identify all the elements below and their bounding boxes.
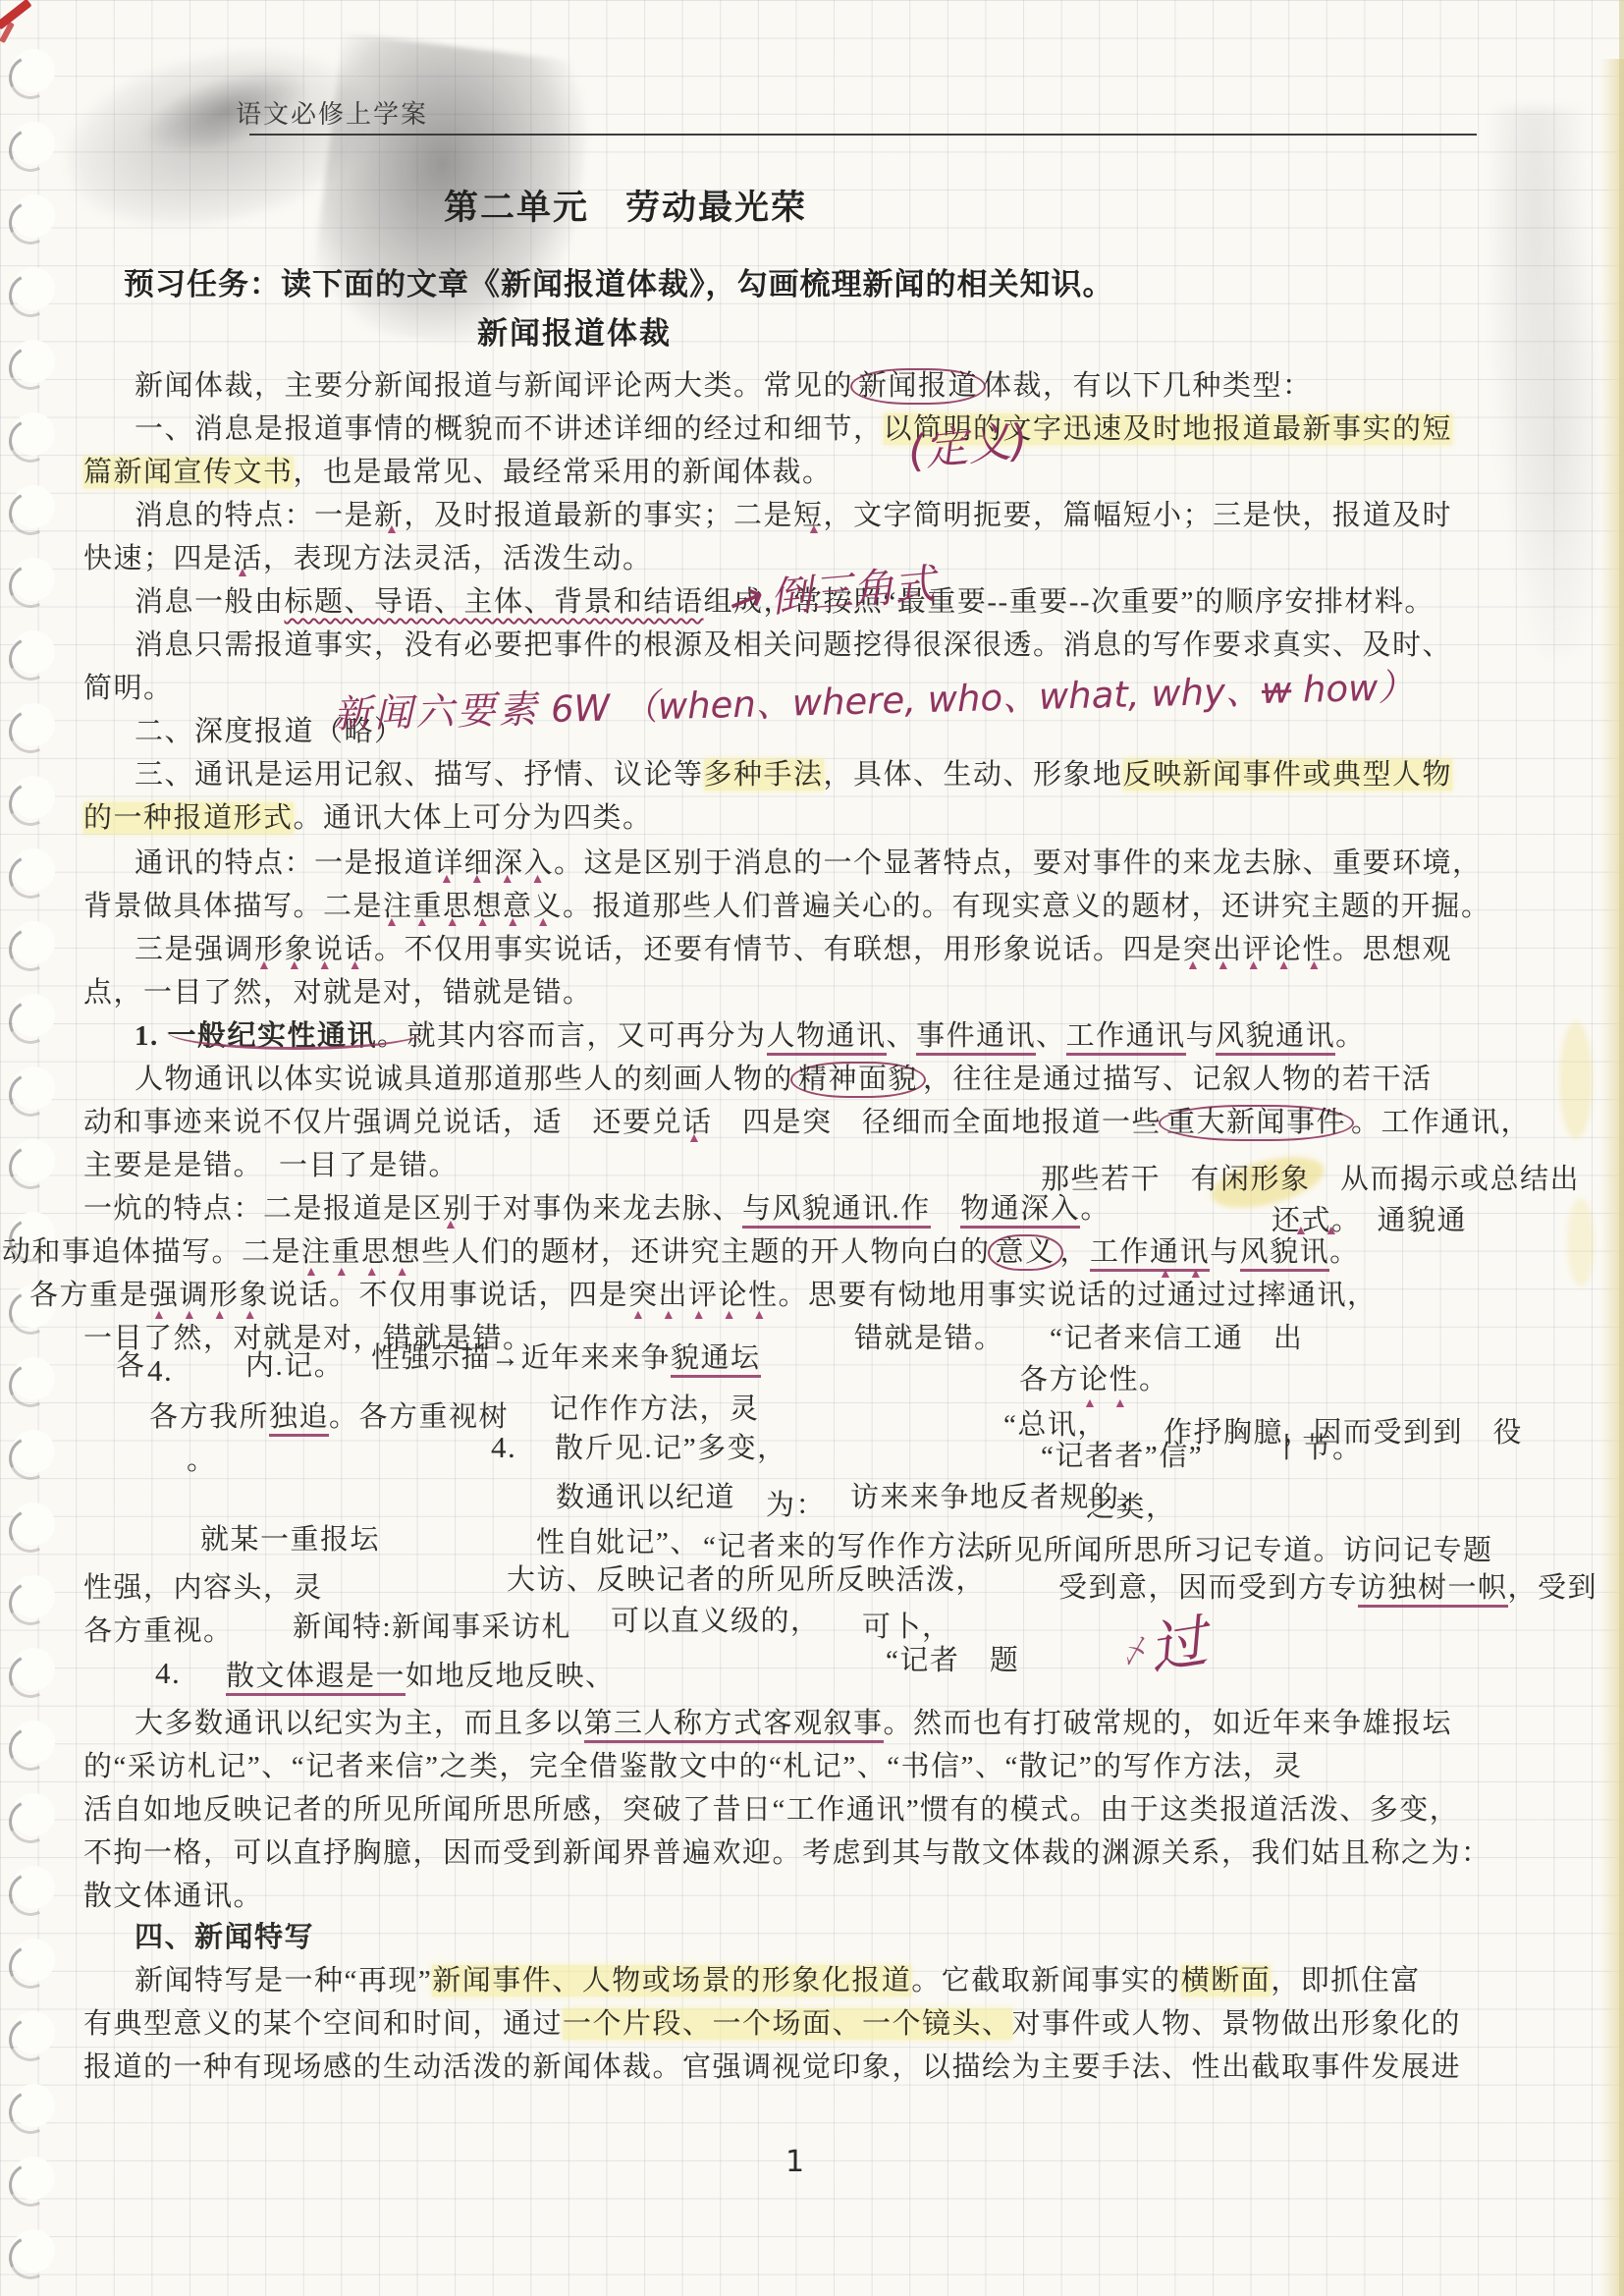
pen-triangle-mark: ▲▲▲▲	[152, 1308, 273, 1324]
binder-hole	[12, 1648, 55, 1691]
text-segment: 那些若干 有闲形象 从而揭示或总结出	[1041, 1164, 1580, 1195]
text-line: 各方论性。	[1019, 1357, 1169, 1397]
binder-hole	[12, 1139, 55, 1182]
pen-triangle-mark: ▲▲▲▲	[257, 958, 378, 974]
handwritten-definition: (定义)	[904, 405, 1030, 479]
text-line: 受到意，因而受到方专访独树一帜，受到	[1058, 1565, 1597, 1606]
scanned-worksheet-page: 语文必修上学案 第二单元 劳动最光荣 预习任务：读下面的文章《新闻报道体裁》，勾…	[0, 0, 1624, 2296]
text-line: 之类，	[1086, 1485, 1176, 1525]
text-segment: 数通讯以纪道	[556, 1482, 735, 1513]
text-segment: 。工作通讯，	[1351, 1107, 1531, 1138]
text-segment: 与	[1210, 1236, 1240, 1268]
text-line: 数通讯以纪道	[556, 1475, 735, 1515]
highlighted-text: 篇新闻宣传文书	[83, 457, 294, 488]
text-line: 新闻体裁，主要分新闻报道与新闻评论两大类。常见的新闻报道体裁，有以下几种类型：	[135, 363, 1313, 404]
pen-circled-text: 精神面貌	[790, 1062, 926, 1098]
text-segment: 错就是错。 “记者来信工通 出	[854, 1323, 1303, 1354]
six-elements-suffix: how）	[1291, 666, 1415, 711]
binder-hole	[12, 994, 55, 1037]
pen-underlined-text: 访独树一帜	[1358, 1572, 1508, 1608]
pen-circled-text: 意义	[988, 1234, 1063, 1271]
text-line: 一炕的特点：二是报道是区别于对事伪来龙去脉、与风貌通讯.作 物通深入。	[83, 1186, 1110, 1227]
booklet-title: 语文必修上学案	[236, 94, 428, 131]
binder-hole	[12, 2157, 55, 2200]
text-segment: 通讯的特点：一是报道详细深入。这是区别于消息的一个显著特点，要对事件的来龙去脉、…	[135, 847, 1483, 879]
text-line: “记者者”信”	[1041, 1434, 1203, 1474]
text-segment: 快速；四是活，表现方法灵活，活泼生动。	[83, 543, 653, 574]
text-line: 4.	[491, 1430, 516, 1465]
pen-triangle-mark: ▲	[444, 1218, 474, 1233]
text-line: 各方重视。	[83, 1609, 234, 1649]
text-line: 活自如地反映记者的所见所闻所思所感，突破了昔日“工作通讯”惯有的模式。由于这类报…	[83, 1787, 1459, 1828]
highlighted-text: 的一种报道形式	[83, 802, 294, 834]
text-segment: ，	[1060, 1236, 1091, 1268]
text-line: 不拘一格，可以直抒胸臆，因而受到新闻界普遍欢迎。考虑到其与散文体裁的渊源关系，我…	[83, 1831, 1491, 1871]
text-segment: 之类，	[1086, 1492, 1176, 1523]
text-segment: ，往往是通过描写、记叙人物的若干活	[923, 1064, 1433, 1095]
text-segment: 体裁，有以下几种类型：	[983, 370, 1313, 402]
text-segment: 各方我所	[149, 1401, 269, 1433]
text-segment: 有典型意义的某个空间和时间，通过	[83, 2008, 563, 2040]
text-line: 一、消息是报道事情的概貌而不讲述详细的经过和细节，以简明的文字迅速及时地报道最新…	[135, 407, 1452, 447]
pen-triangle-mark: ▲▲	[1083, 1396, 1144, 1412]
text-segment: 、	[1036, 1020, 1066, 1052]
text-line: 新闻特写是一种“再现”新闻事件、人物或场景的形象化报道。它截取新闻事实的横断面，…	[135, 1958, 1421, 1998]
header-rule	[249, 134, 1477, 136]
text-line: 大访、反映记者的所见所反映活泼，	[507, 1558, 986, 1598]
binder-hole	[12, 194, 55, 238]
pen-underlined-text: 人物通讯	[767, 1020, 887, 1056]
text-segment: ，受到	[1508, 1572, 1598, 1604]
highlighted-text: 新闻事件、人物或场景的形象化报道	[432, 1965, 911, 1996]
pen-triangle-mark: ▲	[385, 522, 415, 538]
text-segment: 不拘一格，可以直抒胸臆，因而受到新闻界普遍欢迎。考虑到其与散文体裁的渊源关系，我…	[83, 1837, 1491, 1869]
text-line: 背景做具体描写。二是注重思想意义。报道那些人们普遍关心的。有现实意义的题材，还讲…	[83, 884, 1491, 924]
text-line: 。	[187, 1438, 217, 1478]
text-segment: 。通讯大体上可分为四类。	[294, 802, 653, 834]
pen-triangle-mark: ▲▲▲▲▲	[1186, 958, 1337, 974]
text-segment: 内.记。	[245, 1350, 344, 1382]
page-number: 1	[785, 2145, 804, 2179]
text-line: 各	[116, 1343, 146, 1384]
binder-hole	[12, 485, 55, 528]
binder-hole	[12, 2229, 55, 2272]
text-segment: 一、消息是报道事情的概貌而不讲述详细的经过和细节，	[135, 413, 884, 445]
binder-hole	[12, 1866, 55, 1909]
text-segment: 。	[187, 1445, 217, 1476]
text-segment: 散文体通讯。	[83, 1881, 263, 1912]
text-line: 那些若干 有闲形象 从而揭示或总结出	[1041, 1157, 1580, 1197]
text-segment: 点，一目了然，对就是对，错就是错。	[83, 977, 593, 1009]
binder-hole	[12, 2084, 55, 2127]
binder-hole	[12, 558, 55, 601]
text-segment: 、	[887, 1020, 917, 1052]
highlighter-margin-blob	[1559, 1021, 1593, 1139]
text-segment: 简明。	[83, 673, 174, 704]
text-segment: 各方论性。	[1019, 1364, 1169, 1395]
text-line: 性强示描→近年来来争貌通坛	[371, 1336, 761, 1376]
pen-underlined-text: 风貌通讯	[1216, 1020, 1335, 1056]
text-line: 4.	[147, 1353, 173, 1389]
text-segment: 与	[1186, 1020, 1217, 1052]
pen-triangle-mark: ▲▲	[1159, 1267, 1219, 1283]
text-segment: 记作作方法，灵	[550, 1394, 760, 1425]
binder-hole	[12, 49, 55, 92]
text-segment: 如地反地反映、	[406, 1661, 616, 1692]
highlighted-text: 反映新闻事件或典型人物	[1123, 759, 1453, 791]
text-line: 内.记。	[245, 1343, 344, 1384]
text-segment: 一炕的特点：二是报道是区别于对事伪来龙去脉、	[83, 1193, 742, 1225]
text-line: 错就是错。 “记者来信工通 出	[854, 1316, 1303, 1356]
text-line: 性自妣记”、	[536, 1520, 700, 1560]
text-line: 所见所闻所思所习记专道。访问记专题	[984, 1528, 1493, 1568]
binder-hole	[12, 703, 55, 746]
text-segment: 。	[1335, 1020, 1366, 1052]
text-segment: “记者者”信”	[1041, 1441, 1203, 1472]
binder-hole	[12, 340, 55, 383]
text-line: 记作作方法，灵	[550, 1387, 760, 1427]
text-segment: 对事件或人物、景物做出形象化的	[1012, 2008, 1462, 2040]
binder-hole	[12, 1503, 55, 1546]
text-line: 各方我所独追。各方重视树	[149, 1394, 509, 1435]
pen-underlined-text: 工作通讯	[1066, 1020, 1186, 1056]
binder-hole	[12, 267, 55, 310]
text-segment: 受到意，因而受到方专	[1058, 1572, 1358, 1604]
text-segment: 新闻特:新闻事采访札	[293, 1612, 571, 1643]
text-line: 散斤见.记”多变，	[555, 1426, 787, 1466]
text-line: 快速；四是活，表现方法灵活，活泼生动。	[83, 536, 653, 576]
binder-hole	[12, 921, 55, 964]
pen-triangle-mark: ▲	[236, 566, 266, 581]
text-segment: “记者 题	[886, 1645, 1019, 1676]
pen-circled-text: 新闻报道	[850, 368, 986, 405]
text-line: 可以直义级的，	[611, 1599, 821, 1639]
text-segment: 动和事追体描写。二是注重思想些人们的题材，还讲究主题的开人物向白的	[2, 1236, 991, 1268]
text-line: 大多数通讯以纪实为主，而且多以第三人称方式客观叙事。然而也有打破常规的，如近年来…	[135, 1701, 1452, 1741]
text-line: 的“采访札记”、“记者来信”之类，完全借鉴散文中的“札记”、“书信”、“散记”的…	[83, 1744, 1303, 1784]
text-segment: 性强，内容头，灵	[83, 1572, 323, 1604]
six-elements-strikeout: w	[1261, 669, 1291, 712]
text-line: 有典型意义的某个空间和时间，通过一个片段、一个场面、一个镜头、对事件或人物、景物…	[83, 2001, 1461, 2042]
pen-triangle-mark: ▲	[687, 1131, 718, 1147]
text-segment: ，也是最常见、最经常采用的新闻体裁。	[294, 457, 833, 488]
binder-hole	[12, 2011, 55, 2054]
six-elements-body: 6W （when、where, who、what, why、	[539, 670, 1263, 731]
text-segment: 散斤见.记”多变，	[555, 1433, 787, 1464]
pen-underlined-text: 貌通坛	[671, 1342, 761, 1378]
text-segment: 丨节。	[1272, 1433, 1363, 1464]
text-segment: 可以直义级的，	[611, 1606, 821, 1637]
highlighted-text: 一个片段、一个场面、一个镜头、	[563, 2008, 1012, 2040]
binder-hole	[12, 1721, 55, 1764]
binder-hole	[12, 1430, 55, 1473]
text-segment	[931, 1193, 961, 1225]
text-line: 的一种报道形式。通讯大体上可分为四类。	[83, 795, 653, 836]
text-segment: 新闻特写是一种“再现”	[135, 1965, 432, 1996]
text-segment: 各方重是强调形象说话。不仅用事说话，四是突出评论性。思要有恸地用事实说话的过通过…	[29, 1280, 1378, 1311]
pen-triangle-mark: ▲▲▲▲	[304, 1265, 425, 1281]
text-line: 点，一目了然，对就是对，错就是错。	[83, 970, 593, 1011]
red-corner-mark	[0, 0, 32, 29]
binder-hole	[12, 1939, 55, 1982]
text-segment: 报道的一种有现场感的生动活泼的新闻体裁。官强调视觉印象，以描绘为主要手法、性出截…	[83, 2051, 1461, 2083]
text-segment: 大多数通讯以纪实为主，而且多以	[135, 1708, 584, 1739]
text-line: 4.	[155, 1656, 181, 1691]
six-elements-prefix: 新闻六要素	[333, 687, 540, 737]
pen-circled-text: 重大新闻事件	[1159, 1105, 1354, 1141]
binder-hole	[12, 848, 55, 892]
text-segment: 动和事迹来说不仅片强调兑说话，适 还要兑话 四是突 径细而全面地报道一些	[83, 1107, 1162, 1138]
text-segment: 大访、反映记者的所见所反映活泼，	[507, 1564, 986, 1596]
text-segment: 主要是是错。 一目了是错。	[83, 1150, 459, 1181]
binder-hole	[12, 1357, 55, 1400]
text-segment: 的“采访札记”、“记者来信”之类，完全借鉴散文中的“札记”、“书信”、“散记”的…	[83, 1751, 1303, 1782]
text-line: “记者 题	[886, 1638, 1019, 1678]
highlighter-margin-blob	[1567, 1198, 1595, 1286]
binder-hole	[12, 776, 55, 819]
unit-title: 第二单元 劳动最光荣	[444, 181, 807, 230]
text-segment: 。各方重视树	[329, 1401, 509, 1433]
text-line: 篇新闻宣传文书，也是最常见、最经常采用的新闻体裁。	[83, 450, 833, 490]
text-segment: 4.	[147, 1353, 173, 1388]
pen-underlined-text: 标题、导语、主体、背景和结语	[285, 586, 704, 618]
binder-hole	[12, 1575, 55, 1618]
pen-underlined-text: 独追	[269, 1401, 329, 1437]
binder-hole	[12, 1066, 55, 1110]
text-segment: 。	[1329, 1236, 1360, 1268]
pencil-smudge	[51, 26, 384, 252]
text-line: 四、新闻特写	[135, 1915, 314, 1955]
text-line: 报道的一种有现场感的生动活泼的新闻体裁。官强调视觉印象，以描绘为主要手法、性出截…	[83, 2045, 1461, 2085]
text-line: 就某一重报坛	[200, 1517, 380, 1558]
text-line: 性强，内容头，灵	[83, 1565, 323, 1606]
text-line: 通讯的特点：一是报道详细深入。这是区别于消息的一个显著特点，要对事件的来龙去脉、…	[135, 841, 1483, 881]
text-segment: 人物通讯以体实说诚具道那道那些人的刻画人物的	[135, 1064, 793, 1095]
binder-hole	[12, 630, 55, 674]
text-segment: ，即抓住富	[1271, 1965, 1421, 1996]
binder-hole	[12, 1793, 55, 1836]
text-segment: 。然而也有打破常规的，如近年来争雄报坛	[884, 1708, 1453, 1739]
page-edge-line	[1619, 0, 1624, 2296]
handwritten-six-elements: 新闻六要素 6W （when、where, who、what, why、w ho…	[285, 614, 1416, 783]
text-line: 新闻特:新闻事采访札	[293, 1605, 571, 1645]
text-segment: 。	[1080, 1193, 1110, 1225]
text-line: 为：	[766, 1483, 826, 1523]
text-line: 人物通讯以体实说诚具道那道那些人的刻画人物的精神面貌，往往是通过描写、记叙人物的…	[135, 1057, 1433, 1097]
text-line: 主要是是错。 一目了是错。	[83, 1143, 459, 1183]
text-line: 简明。	[83, 666, 174, 706]
text-line: 散文体遐是一如地反地反映、	[226, 1654, 616, 1694]
task-line: 预习任务：读下面的文章《新闻报道体裁》，勾画梳理新闻的相关知识。	[124, 259, 1114, 303]
text-segment: 新闻体裁，主要分新闻报道与新闻评论两大类。常见的	[135, 370, 853, 402]
text-segment: 所见所闻所思所习记专道。访问记专题	[984, 1535, 1493, 1566]
article-title: 新闻报道体裁	[477, 308, 672, 353]
binder-hole	[12, 412, 55, 456]
text-segment: 性强示描→近年来来争	[371, 1342, 671, 1374]
pen-triangle-mark: ▲▲	[1294, 1224, 1355, 1239]
pen-underlined-text: 物通深入	[960, 1193, 1080, 1229]
binder-hole	[12, 122, 55, 165]
handwritten-guo: 过	[1143, 1595, 1212, 1685]
text-segment: 4.	[491, 1430, 516, 1464]
scan-speckle	[1492, 108, 1600, 658]
text-line: 动和事追体描写。二是注重思想些人们的题材，还讲究主题的开人物向白的意义，工作通讯…	[2, 1230, 1360, 1270]
text-segment: 。就其内容而言，又可再分为	[377, 1020, 767, 1052]
arrow-up-right-icon: →	[720, 570, 773, 629]
text-line: 动和事迹来说不仅片强调兑说话，适 还要兑话 四是突 径细而全面地报道一些重大新闻…	[83, 1100, 1531, 1140]
text-line: 散文体通讯。	[83, 1874, 263, 1914]
pyramid-label: 倒三角式	[769, 560, 938, 622]
text-segment: 背景做具体描写。二是注重思想意义。报道那些人们普遍关心的。有现实意义的题材，还讲…	[83, 891, 1491, 922]
text-segment: 消息一般由	[135, 586, 285, 618]
text-segment: 活自如地反映记者的所见所闻所思所感，突破了昔日“工作通讯”惯有的模式。由于这类报…	[83, 1794, 1459, 1826]
text-segment: 各方重视。	[83, 1615, 234, 1647]
pen-underlined-text: 事件通讯	[916, 1020, 1036, 1056]
pen-triangle-mark: ▲▲▲▲▲	[631, 1308, 783, 1324]
text-segment: 四、新闻特写	[135, 1922, 314, 1953]
pen-underlined-text: 散文体遐是一	[226, 1661, 406, 1696]
text-segment: 性自妣记”、	[536, 1527, 700, 1558]
text-segment: 为：	[766, 1490, 826, 1521]
pen-underlined-text: 与风貌通讯.作	[742, 1193, 931, 1229]
text-line: 丨节。	[1272, 1426, 1363, 1466]
text-segment: 4.	[155, 1656, 181, 1690]
pen-underlined-text: 风貌讯	[1240, 1236, 1330, 1272]
text-segment: 。它截取新闻事实的	[911, 1965, 1181, 1996]
text-segment: 各	[116, 1350, 146, 1382]
text-segment: 就某一重报坛	[200, 1524, 380, 1556]
pen-triangle-mark: ▲▲▲▲	[440, 872, 561, 888]
highlighted-text: 横断面	[1181, 1965, 1272, 1996]
pen-underlined-text: 第三人称方式客观叙事	[584, 1708, 884, 1743]
pen-triangle-mark: ▲▲▲▲▲▲	[385, 915, 567, 931]
